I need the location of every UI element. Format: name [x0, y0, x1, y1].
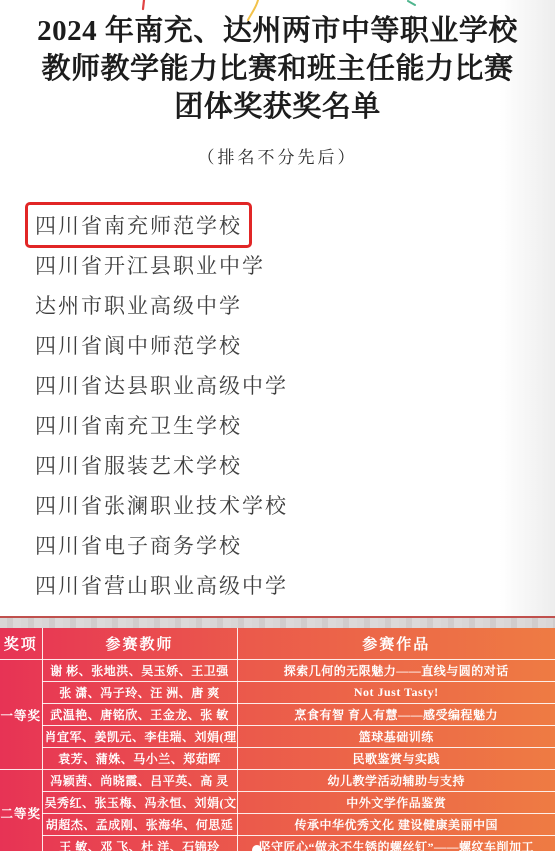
school-name: 四川省营山职业高级中学	[35, 570, 288, 600]
school-item: 四川省电子商务学校	[0, 525, 540, 565]
school-name: 四川省南充师范学校	[35, 210, 242, 240]
school-list: 四川省南充师范学校 四川省开江县职业中学 达州市职业高级中学 四川省阆中师范学校…	[0, 205, 540, 605]
ranking-note: （排名不分先后）	[0, 143, 555, 168]
teachers-cell: 肖宜军、姜凯元、李佳瑞、刘娟(理)	[42, 726, 237, 748]
table-row: 吴秀红、张玉梅、冯永恒、刘娟(文) 中外文学作品鉴赏	[0, 792, 555, 814]
school-item: 四川省服装艺术学校	[0, 445, 540, 485]
school-name: 四川省达县职业高级中学	[35, 370, 288, 400]
table-row: 王 敏、邓 飞、杜 洋、石锦玲 坚守匠心“做永不生锈的螺丝钉”——螺纹车削加工	[0, 836, 555, 851]
title-line-3: 团体奖获奖名单	[174, 91, 381, 123]
work-cell: Not Just Tasty!	[237, 682, 555, 704]
work-cell: 传承中华优秀文化 建设健康美丽中国	[237, 814, 555, 836]
school-item: 四川省开江县职业中学	[0, 245, 540, 285]
school-name: 四川省南充卫生学校	[35, 410, 242, 440]
award-label-first-prize: 一等奖	[0, 660, 42, 770]
school-name: 四川省张澜职业技术学校	[35, 490, 288, 520]
school-name: 四川省开江县职业中学	[35, 250, 265, 280]
table-row: 胡超杰、孟成刚、张海华、何思延 传承中华优秀文化 建设健康美丽中国	[0, 814, 555, 836]
work-cell: 坚守匠心“做永不生锈的螺丝钉”——螺纹车削加工	[237, 836, 555, 851]
teachers-cell: 吴秀红、张玉梅、冯永恒、刘娟(文)	[42, 792, 237, 814]
teachers-cell: 王 敏、邓 飞、杜 洋、石锦玲	[42, 836, 237, 851]
school-item: 达州市职业高级中学	[0, 285, 540, 325]
document-page: 2024 年南充、达州两市中等职业学校 教师教学能力比赛和班主任能力比赛 团体奖…	[0, 0, 555, 617]
table-row: 二等奖 冯颖茜、尚晓霞、吕平英、高 灵 幼儿教学活动辅助与支持	[0, 770, 555, 792]
page-indicator-dot	[252, 845, 262, 851]
title-line-1: 2024 年南充、达州两市中等职业学校	[37, 15, 518, 47]
teachers-cell: 胡超杰、孟成刚、张海华、何思延	[42, 814, 237, 836]
header-work: 参赛作品	[237, 628, 555, 660]
work-cell: 幼儿教学活动辅助与支持	[237, 770, 555, 792]
school-item: 四川省张澜职业技术学校	[0, 485, 540, 525]
school-name: 四川省服装艺术学校	[35, 450, 242, 480]
table-row: 肖宜军、姜凯元、李佳瑞、刘娟(理) 篮球基础训练	[0, 726, 555, 748]
teachers-cell: 武温艳、唐铭欣、王金龙、张 敏	[42, 704, 237, 726]
header-award: 奖项	[0, 628, 42, 660]
award-label-second-prize: 二等奖	[0, 770, 42, 851]
title-line-2: 教师教学能力比赛和班主任能力比赛	[41, 53, 513, 85]
work-cell: 探索几何的无限魅力——直线与圆的对话	[237, 660, 555, 682]
teachers-cell: 张 潇、冯子玲、汪 洲、唐 爽	[42, 682, 237, 704]
school-name: 四川省电子商务学校	[35, 530, 242, 560]
work-cell: 中外文学作品鉴赏	[237, 792, 555, 814]
school-item: 四川省营山职业高级中学	[0, 565, 540, 605]
table-row: 武温艳、唐铭欣、王金龙、张 敏 烹食有智 育人有慧——感受编程魅力	[0, 704, 555, 726]
award-table-section: 奖项 参赛教师 参赛作品 一等奖 谢 彬、张地洪、吴玉娇、王卫强 探索几何的无限…	[0, 628, 555, 851]
page-title: 2024 年南充、达州两市中等职业学校 教师教学能力比赛和班主任能力比赛 团体奖…	[10, 12, 545, 126]
section-divider-band	[0, 618, 555, 628]
work-cell: 民歌鉴赏与实践	[237, 748, 555, 770]
school-name: 四川省阆中师范学校	[35, 330, 242, 360]
header-teachers: 参赛教师	[42, 628, 237, 660]
work-cell: 篮球基础训练	[237, 726, 555, 748]
table-header-row: 奖项 参赛教师 参赛作品	[0, 628, 555, 660]
school-item: 四川省阆中师范学校	[0, 325, 540, 365]
work-cell: 烹食有智 育人有慧——感受编程魅力	[237, 704, 555, 726]
table-row: 张 潇、冯子玲、汪 洲、唐 爽 Not Just Tasty!	[0, 682, 555, 704]
table-row: 袁芳、蒲姝、马小兰、郑茹晖 民歌鉴赏与实践	[0, 748, 555, 770]
teachers-cell: 袁芳、蒲姝、马小兰、郑茹晖	[42, 748, 237, 770]
table-row: 一等奖 谢 彬、张地洪、吴玉娇、王卫强 探索几何的无限魅力——直线与圆的对话	[0, 660, 555, 682]
school-item: 四川省南充卫生学校	[0, 405, 540, 445]
teachers-cell: 冯颖茜、尚晓霞、吕平英、高 灵	[42, 770, 237, 792]
school-name: 达州市职业高级中学	[35, 290, 242, 320]
school-item-highlighted: 四川省南充师范学校	[0, 205, 540, 245]
award-table: 奖项 参赛教师 参赛作品 一等奖 谢 彬、张地洪、吴玉娇、王卫强 探索几何的无限…	[0, 628, 555, 851]
teachers-cell: 谢 彬、张地洪、吴玉娇、王卫强	[42, 660, 237, 682]
school-item: 四川省达县职业高级中学	[0, 365, 540, 405]
